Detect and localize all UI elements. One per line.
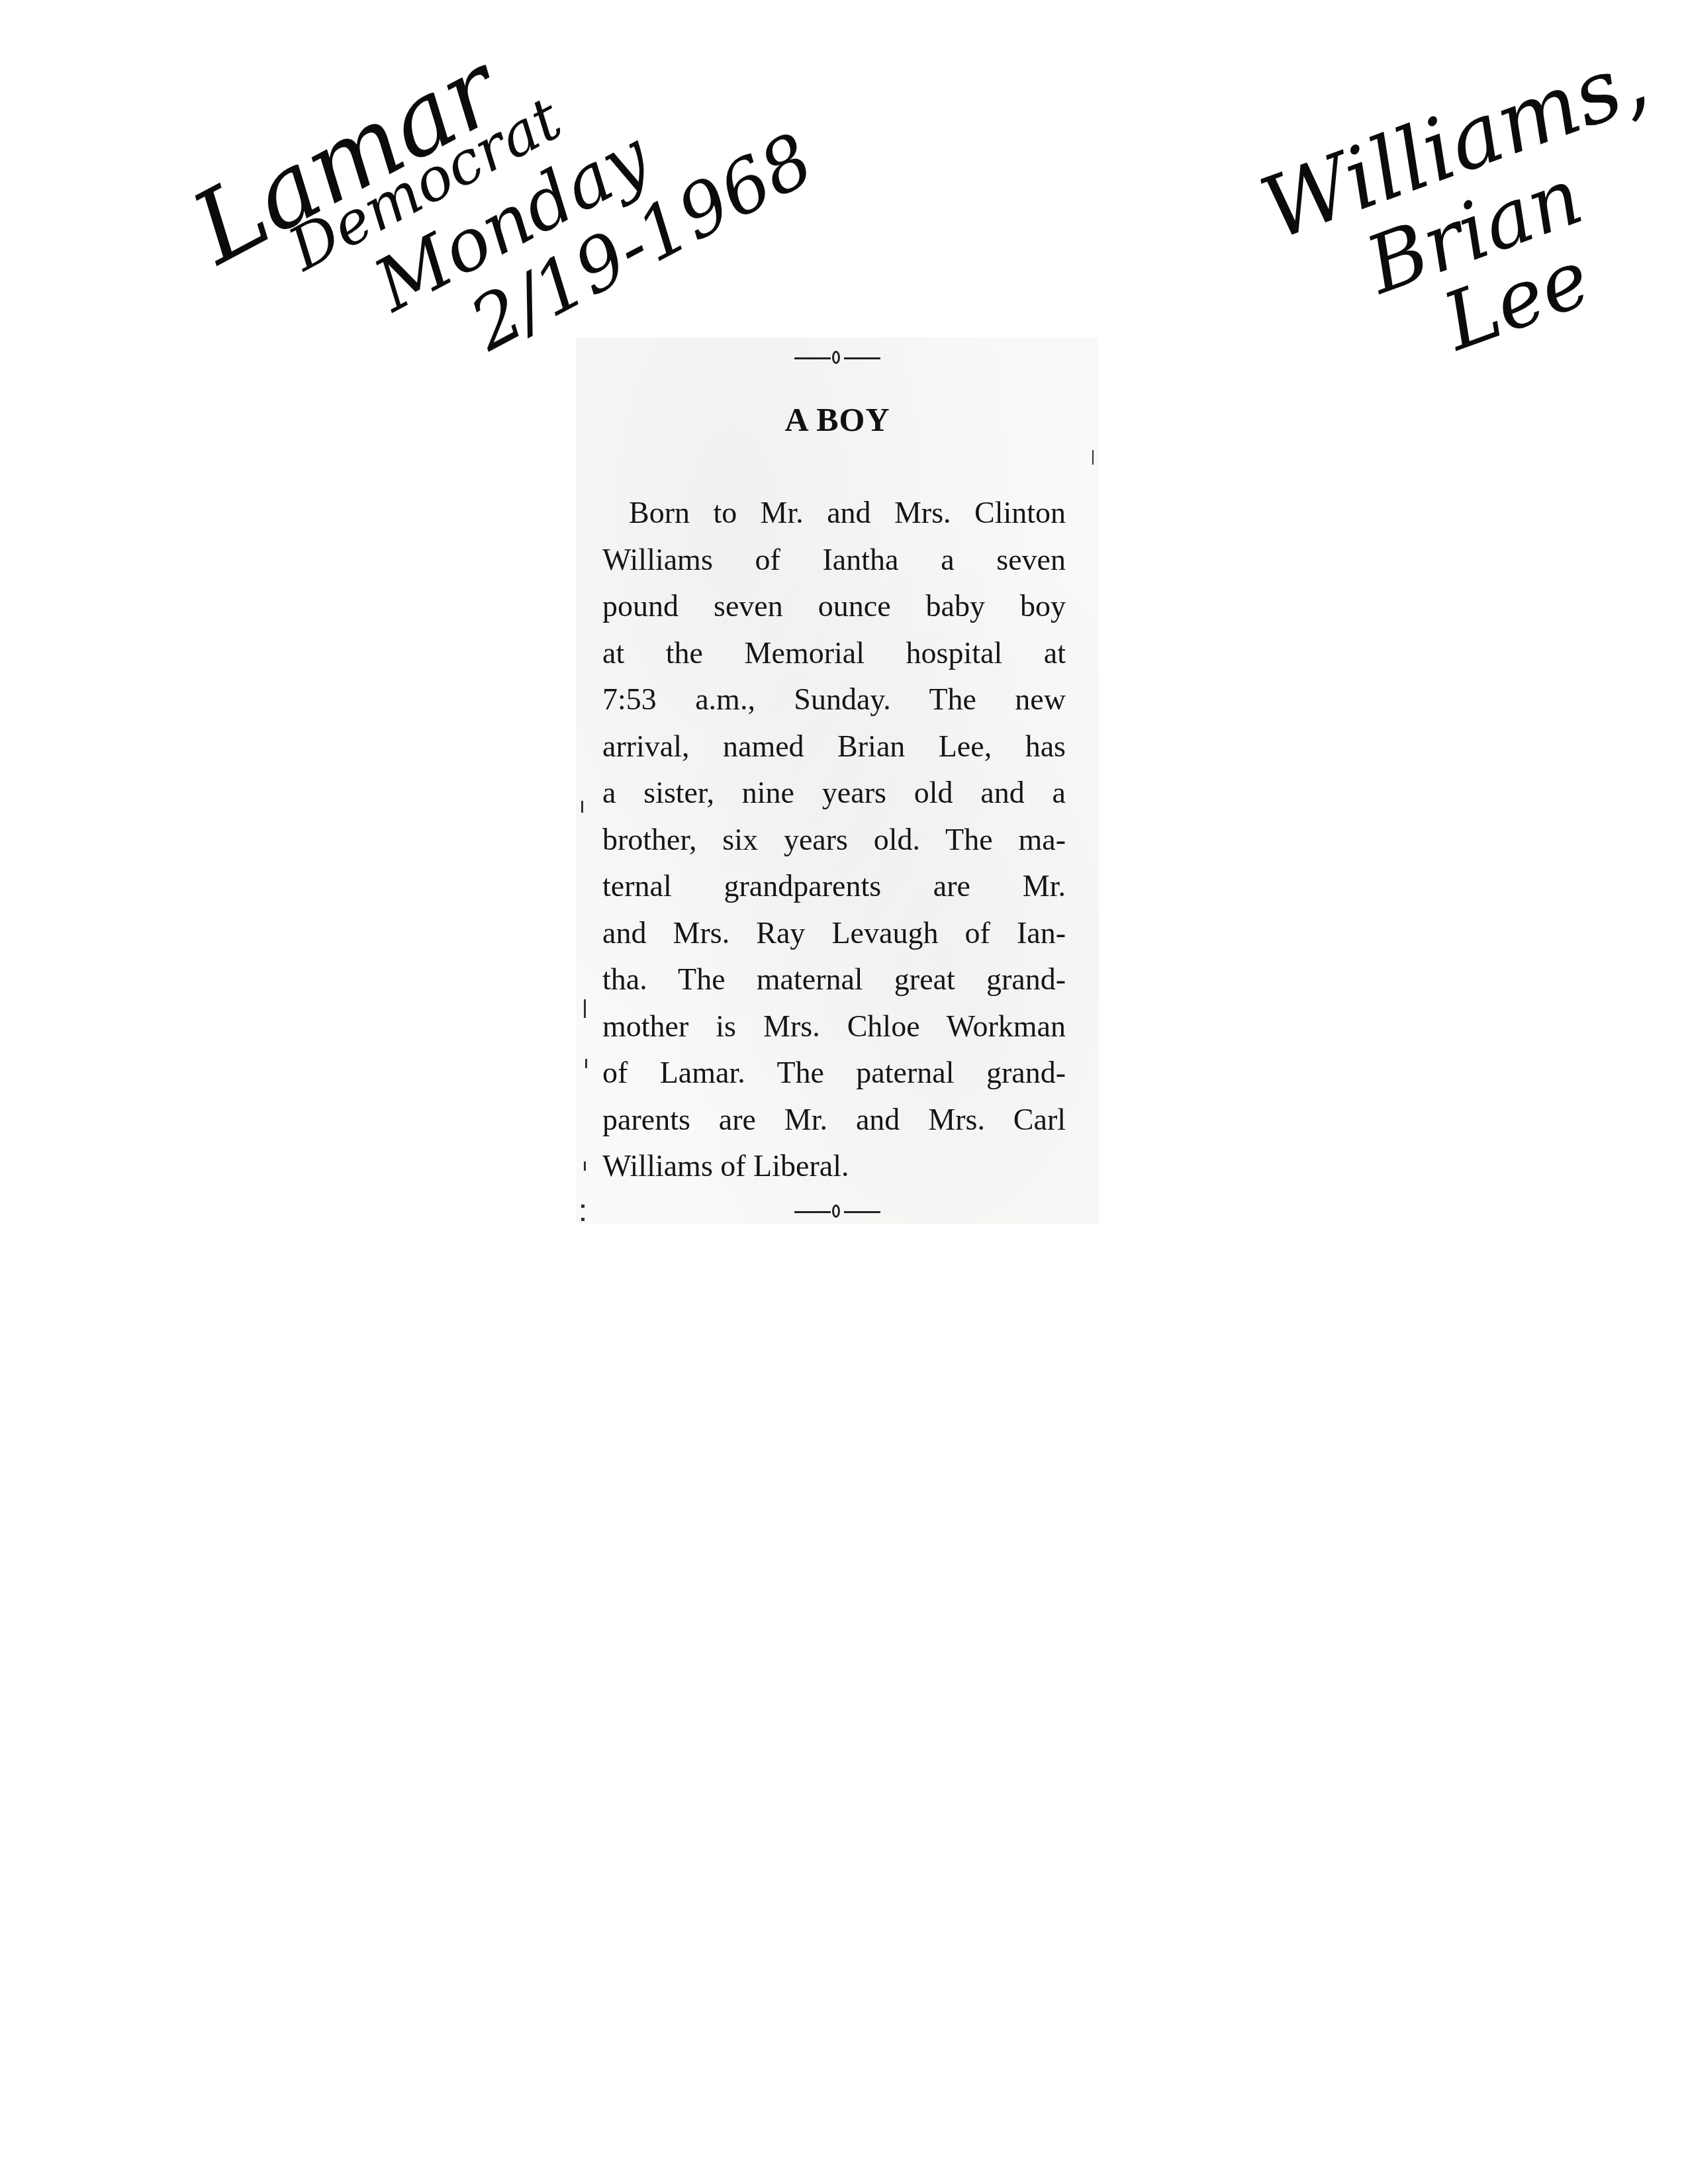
clipping-body: Born to Mr. and Mrs. Clinton Williams of… [602, 490, 1066, 1190]
body-line: ternal grandparents are Mr. [602, 863, 1066, 910]
body-line: and Mrs. Ray Levaugh of Ian- [602, 910, 1066, 957]
scan-mark [581, 801, 583, 813]
body-line: 7:53 a.m., Sunday. The new [602, 676, 1066, 723]
body-line: Williams of Liberal. [602, 1143, 1066, 1190]
body-line: parents are Mr. and Mrs. Carl [602, 1097, 1066, 1144]
body-line: of Lamar. The paternal grand- [602, 1050, 1066, 1097]
scan-mark [581, 1205, 585, 1208]
body-line: mother is Mrs. Chloe Workman [602, 1003, 1066, 1050]
body-line: at the Memorial hospital at [602, 630, 1066, 677]
ornament-divider-icon [794, 1205, 880, 1219]
body-line: pound seven ounce baby boy [602, 583, 1066, 630]
body-line: Born to Mr. and Mrs. Clinton [602, 490, 1066, 537]
scan-mark [1092, 450, 1094, 465]
clipping-headline: A BOY [576, 400, 1099, 439]
scan-mark [581, 1218, 585, 1221]
newspaper-clipping: A BOY Born to Mr. and Mrs. Clinton Willi… [576, 338, 1099, 1224]
ornament-divider-icon [794, 351, 880, 365]
scan-mark [584, 1161, 586, 1171]
body-line: tha. The maternal great grand- [602, 956, 1066, 1003]
body-line: arrival, named Brian Lee, has [602, 723, 1066, 770]
body-line: a sister, nine years old and a [602, 770, 1066, 817]
handwritten-name-note: Williams, Brian Lee [1251, 35, 1688, 409]
body-line: Williams of Iantha a seven [602, 537, 1066, 584]
scan-mark [584, 999, 586, 1018]
scan-mark [585, 1059, 587, 1068]
body-line: brother, six years old. The ma- [602, 817, 1066, 864]
